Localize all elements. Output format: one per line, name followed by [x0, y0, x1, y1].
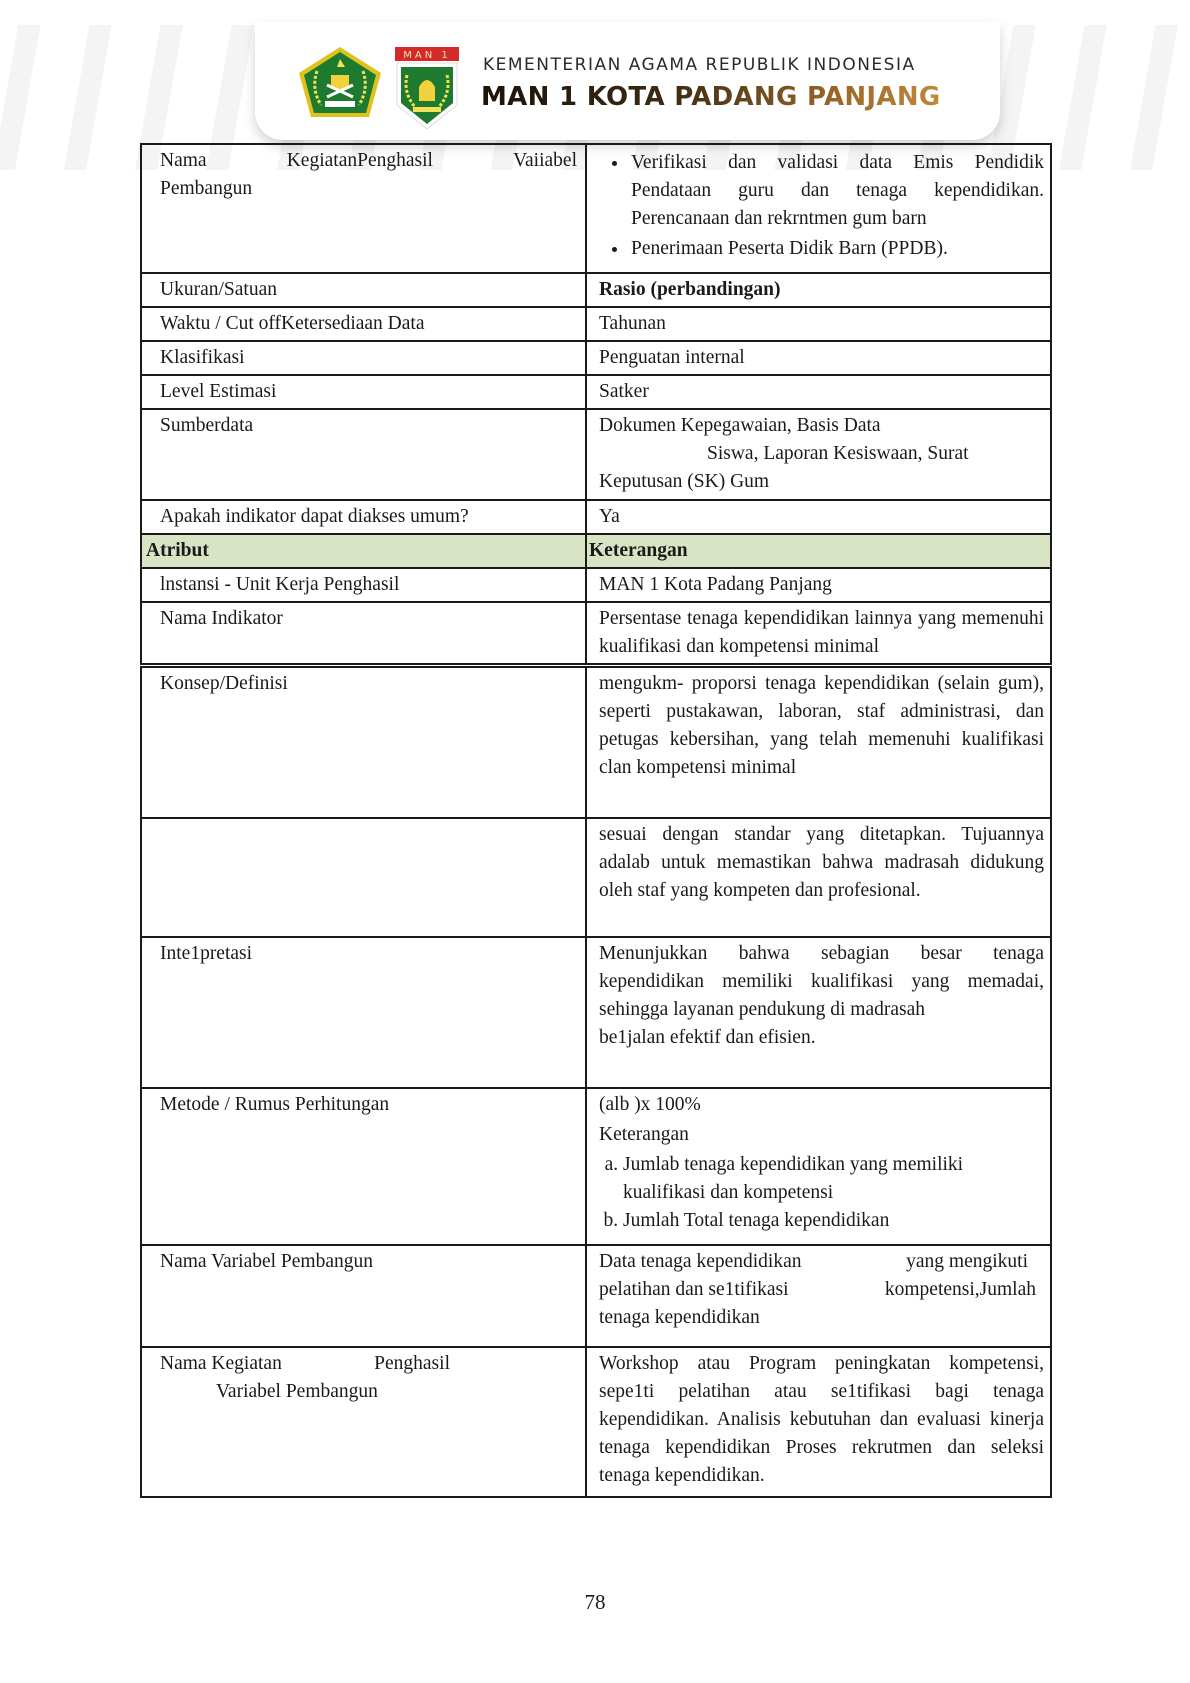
- value-text: Data tenaga kependidikan: [599, 1248, 802, 1276]
- header-keterangan: Keterangan: [586, 534, 1051, 568]
- table-row: Ukuran/Satuan Rasio (perbandingan): [141, 273, 1051, 307]
- row-label: Metode / Rumus Perhitungan: [141, 1088, 586, 1245]
- row-value: (alb )x 100% Keterangan Jumlab tenaga ke…: [586, 1088, 1051, 1245]
- row-value: Workshop atau Program peningkatan kompet…: [586, 1347, 1051, 1497]
- row-value: mengukm- proporsi tenaga kependidikan (s…: [586, 666, 1051, 818]
- label-word: Nama Kegiatan: [160, 1350, 282, 1378]
- row-label: Nama Variabel Pembangun: [141, 1245, 586, 1347]
- row-value: Penguatan internal: [586, 341, 1051, 375]
- value-line: Dokumen Kepegawaian, Basis Data: [599, 412, 1044, 440]
- row-label: Nama Kegiatan Penghasil Variabel Pembang…: [141, 1347, 586, 1497]
- row-label: Apakah indikator dapat diakses umum?: [141, 500, 586, 534]
- label-word: Vaiiabel: [513, 147, 577, 175]
- row-label: Sumberdata: [141, 409, 586, 500]
- note-label: Keterangan: [599, 1121, 1044, 1149]
- label-word: Pembangun: [160, 175, 577, 203]
- table-row: Nama Indikator Persentase tenaga kependi…: [141, 602, 1051, 666]
- value-text: pelatihan dan se1tifikasi: [599, 1276, 789, 1304]
- row-label: Klasifikasi: [141, 341, 586, 375]
- list-item: Verifikasi dan validasi data Emis Pendid…: [629, 149, 1044, 233]
- row-value: Ya: [586, 500, 1051, 534]
- row-value: Verifikasi dan validasi data Emis Pendid…: [586, 144, 1051, 273]
- table-row: Nama Variabel Pembangun Data tenaga kepe…: [141, 1245, 1051, 1347]
- indicator-metadata-table: Nama KegiatanPenghasil Vaiiabel Pembangu…: [140, 143, 1052, 1498]
- ministry-name: KEMENTERIAN AGAMA REPUBLIK INDONESIA: [483, 55, 916, 75]
- row-label: [141, 818, 586, 937]
- row-value: sesuai dengan standar yang ditetapkan. T…: [586, 818, 1051, 937]
- table-row: Apakah indikator dapat diakses umum? Ya: [141, 500, 1051, 534]
- label-word: Variabel Pembangun: [160, 1378, 577, 1406]
- label-word: Penghasil: [374, 1350, 450, 1378]
- table-row: Level Estimasi Satker: [141, 375, 1051, 409]
- value-text: tenaga kependidikan: [599, 1304, 1044, 1332]
- table-row: Metode / Rumus Perhitungan (alb )x 100% …: [141, 1088, 1051, 1245]
- bullet-list: Verifikasi dan validasi data Emis Pendid…: [599, 149, 1044, 263]
- row-value: Persentase tenaga kependidikan lainnya y…: [586, 602, 1051, 666]
- table-row: sesuai dengan standar yang ditetapkan. T…: [141, 818, 1051, 937]
- row-label: Nama Indikator: [141, 602, 586, 666]
- label-word: KegiatanPenghasil: [287, 147, 433, 175]
- label-word: Nama: [160, 147, 207, 175]
- kemenag-logo-icon: [295, 45, 385, 120]
- table-row: lnstansi - Unit Kerja Penghasil MAN 1 Ko…: [141, 568, 1051, 602]
- value-text: be1jalan efektif dan efisien.: [599, 1024, 1044, 1052]
- list-item: Jumlab tenaga kependidikan yang memiliki…: [623, 1151, 1044, 1207]
- row-label: Inte1pretasi: [141, 937, 586, 1088]
- man1-logo-icon: MAN 1: [393, 45, 461, 130]
- row-value: Data tenaga kependidikanyang mengikuti p…: [586, 1245, 1051, 1347]
- header-atribut: Atribut: [141, 534, 586, 568]
- table-row: Waktu / Cut offKetersediaan Data Tahunan: [141, 307, 1051, 341]
- row-value: Dokumen Kepegawaian, Basis Data Siswa, L…: [586, 409, 1051, 500]
- row-label: Waktu / Cut offKetersediaan Data: [141, 307, 586, 341]
- formula-items: Jumlab tenaga kependidikan yang memiliki…: [599, 1151, 1044, 1235]
- value-text: Menunjukkan bahwa sebagian besar tenaga …: [599, 940, 1044, 1024]
- row-label: Ukuran/Satuan: [141, 273, 586, 307]
- table-row: Nama Kegiatan Penghasil Variabel Pembang…: [141, 1347, 1051, 1497]
- table-row: Nama KegiatanPenghasil Vaiiabel Pembangu…: [141, 144, 1051, 273]
- svg-text:MAN 1: MAN 1: [403, 50, 451, 61]
- row-label: lnstansi - Unit Kerja Penghasil: [141, 568, 586, 602]
- value-line: Keputusan (SK) Gum: [599, 468, 1044, 496]
- value-line: Siswa, Laporan Kesiswaan, Surat: [599, 440, 1044, 468]
- row-value: Tahunan: [586, 307, 1051, 341]
- row-label: Nama KegiatanPenghasil Vaiiabel Pembangu…: [141, 144, 586, 273]
- table-row: Klasifikasi Penguatan internal: [141, 341, 1051, 375]
- section-header-row: Atribut Keterangan: [141, 534, 1051, 568]
- row-value: Menunjukkan bahwa sebagian besar tenaga …: [586, 937, 1051, 1088]
- value-text: kompetensi,Jumlah: [885, 1276, 1044, 1304]
- table-row: Inte1pretasi Menunjukkan bahwa sebagian …: [141, 937, 1051, 1088]
- row-value: MAN 1 Kota Padang Panjang: [586, 568, 1051, 602]
- table-row: Konsep/Definisi mengukm- proporsi tenaga…: [141, 666, 1051, 818]
- list-item: Jumlah Total tenaga kependidikan: [623, 1207, 1044, 1235]
- value-text: yang mengikuti: [906, 1248, 1044, 1276]
- page-number: 78: [0, 1590, 1190, 1615]
- list-item: Penerimaan Peserta Didik Barn (PPDB).: [629, 235, 1044, 263]
- row-value: Rasio (perbandingan): [586, 273, 1051, 307]
- row-label: Level Estimasi: [141, 375, 586, 409]
- row-value: Satker: [586, 375, 1051, 409]
- school-name: MAN 1 KOTA PADANG PANJANG: [481, 82, 941, 112]
- row-label: Konsep/Definisi: [141, 666, 586, 818]
- formula: (alb )x 100%: [599, 1091, 1044, 1119]
- table-row: Sumberdata Dokumen Kepegawaian, Basis Da…: [141, 409, 1051, 500]
